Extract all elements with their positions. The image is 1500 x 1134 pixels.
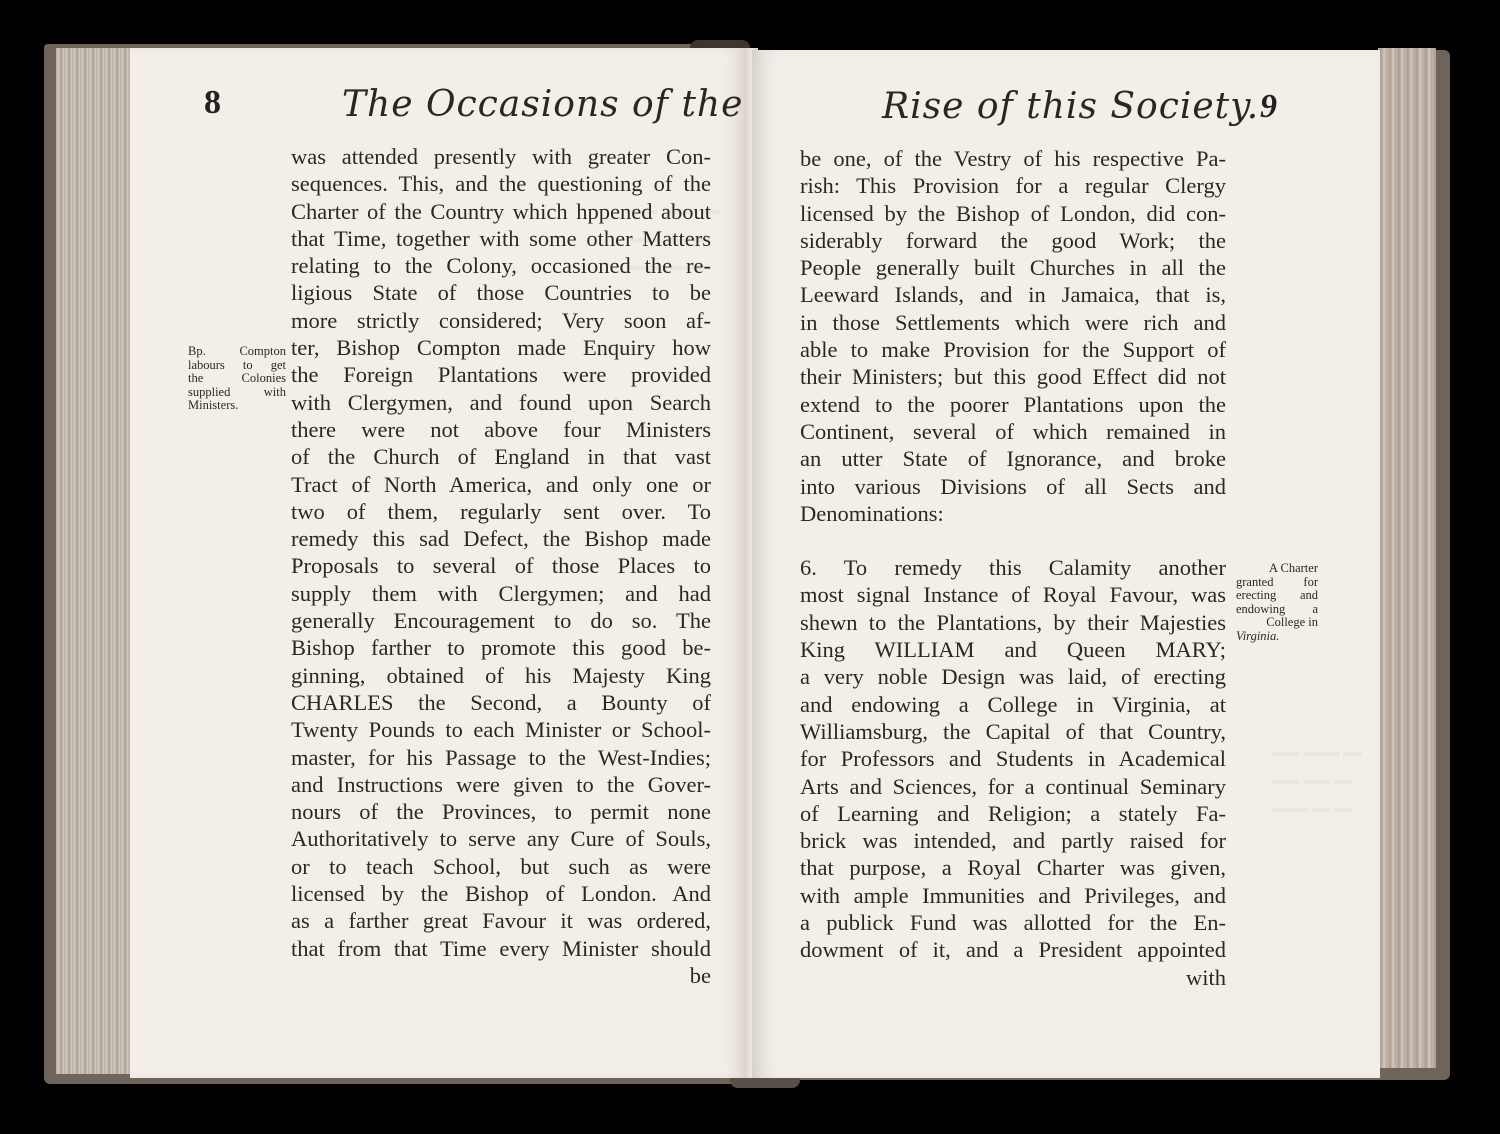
text-line: an utter State of Ignorance, and broke: [800, 445, 1226, 472]
text-line: be one, of the Vestry of his respective …: [800, 145, 1226, 172]
text-line: Twenty Pounds to each Minister or School…: [291, 716, 711, 743]
running-head: The Occasions of the: [342, 84, 743, 125]
text-line: licensed by the Bishop of London, did co…: [800, 200, 1226, 227]
text-line: of Learning and Religion; a stately Fa-: [800, 800, 1226, 827]
text-line: Denominations:: [800, 500, 1226, 527]
text-line: Leeward Islands, and in Jamaica, that is…: [800, 281, 1226, 308]
text-line: sequences. This, and the questioning of …: [291, 170, 711, 197]
show-through-text: ═══ ════ ═════ ═══ ══════ ══ ══: [1272, 740, 1361, 824]
text-line: or to teach School, but such as were: [291, 853, 711, 880]
text-line: supply them with Clergymen; and had: [291, 580, 711, 607]
page-number: 8: [204, 84, 221, 122]
body-text: was attended presently with greater Con-…: [291, 143, 711, 989]
text-line: and endowing a College in Virginia, at: [800, 691, 1226, 718]
text-line: Bishop farther to promote this good be-: [291, 634, 711, 661]
text-line: dowment of it, and a President appointed: [800, 936, 1226, 963]
catchword: with: [800, 964, 1226, 991]
text-line: siderably forward the good Work; the: [800, 227, 1226, 254]
text-line: Proposals to several of those Places to: [291, 552, 711, 579]
text-line: a publick Fund was allotted for the En-: [800, 909, 1226, 936]
text-line: Authoritatively to serve any Cure of Sou…: [291, 825, 711, 852]
text-line: extend to the poorer Plantations upon th…: [800, 391, 1226, 418]
page-number: 9: [1260, 88, 1277, 126]
text-line: with Clergymen, and found upon Search: [291, 389, 711, 416]
text-line: more strictly considered; Very soon af-: [291, 307, 711, 334]
text-line: the Foreign Plantations were provided: [291, 361, 711, 388]
text-line: remedy this sad Defect, the Bishop made: [291, 525, 711, 552]
text-line: into various Divisions of all Sects and: [800, 473, 1226, 500]
text-line: Tract of North America, and only one or: [291, 471, 711, 498]
text-line: two of them, regularly sent over. To: [291, 498, 711, 525]
text-line: relating to the Colony, occasioned the r…: [291, 252, 711, 279]
page-edges-right: [1378, 48, 1436, 1068]
text-line: a very noble Design was laid, of erectin…: [800, 663, 1226, 690]
text-line: Continent, several of which remained in: [800, 418, 1226, 445]
text-line: that purpose, a Royal Charter was given,: [800, 854, 1226, 881]
paragraph-gap: [800, 527, 1226, 554]
text-line: rish: This Provision for a regular Clerg…: [800, 172, 1226, 199]
text-line: People generally built Churches in all t…: [800, 254, 1226, 281]
text-line: ligious State of those Countries to be: [291, 279, 711, 306]
text-line: in those Settlements which were rich and: [800, 309, 1226, 336]
text-line: their Ministers; but this good Effect di…: [800, 363, 1226, 390]
text-line: was attended presently with greater Con-: [291, 143, 711, 170]
marginal-note: Bp. Compton labours to get the Colonies …: [188, 345, 286, 413]
text-line: that from that Time every Minister shoul…: [291, 935, 711, 962]
text-line: for Professors and Students in Academica…: [800, 745, 1226, 772]
text-line: Williamsburg, the Capital of that Countr…: [800, 718, 1226, 745]
text-line: master, for his Passage to the West-Indi…: [291, 744, 711, 771]
text-line: ginning, obtained of his Majesty King: [291, 662, 711, 689]
text-line: Charter of the Country which hppened abo…: [291, 198, 711, 225]
text-line: nours of the Provinces, to permit none: [291, 798, 711, 825]
left-page: ═══ ════ ═════ ═══ ══════ ══ ══ 8 The Oc…: [130, 48, 748, 1078]
text-line: most signal Instance of Royal Favour, wa…: [800, 581, 1226, 608]
catchword: be: [291, 962, 711, 989]
text-line: Arts and Sciences, for a continual Semin…: [800, 773, 1226, 800]
text-line: as a farther great Favour it was ordered…: [291, 907, 711, 934]
running-head: Rise of this Society.: [882, 86, 1259, 127]
page-edges-left: [56, 48, 136, 1074]
text-line: brick was intended, and partly raised fo…: [800, 827, 1226, 854]
text-line: of the Church of England in that vast: [291, 443, 711, 470]
text-line: ter, Bishop Compton made Enquiry how: [291, 334, 711, 361]
text-line: generally Encouragement to do so. The: [291, 607, 711, 634]
text-line: CHARLES the Second, a Bounty of: [291, 689, 711, 716]
text-line: King WILLIAM and Queen MARY;: [800, 636, 1226, 663]
text-line: there were not above four Ministers: [291, 416, 711, 443]
text-line: able to make Provision for the Support o…: [800, 336, 1226, 363]
marginal-note: A Charter granted for erecting and endow…: [1236, 562, 1318, 643]
text-line: shewn to the Plantations, by their Majes…: [800, 609, 1226, 636]
body-text: be one, of the Vestry of his respective …: [800, 145, 1226, 991]
text-line: with ample Immunities and Privileges, an…: [800, 882, 1226, 909]
text-line: licensed by the Bishop of London. And: [291, 880, 711, 907]
text-line: 6. To remedy this Calamity another: [800, 554, 1226, 581]
text-line: and Instructions were given to the Gover…: [291, 771, 711, 798]
text-line: that Time, together with some other Matt…: [291, 225, 711, 252]
right-page: ═══ ════ ═════ ═══ ══════ ══ ══ Rise of …: [752, 50, 1380, 1078]
